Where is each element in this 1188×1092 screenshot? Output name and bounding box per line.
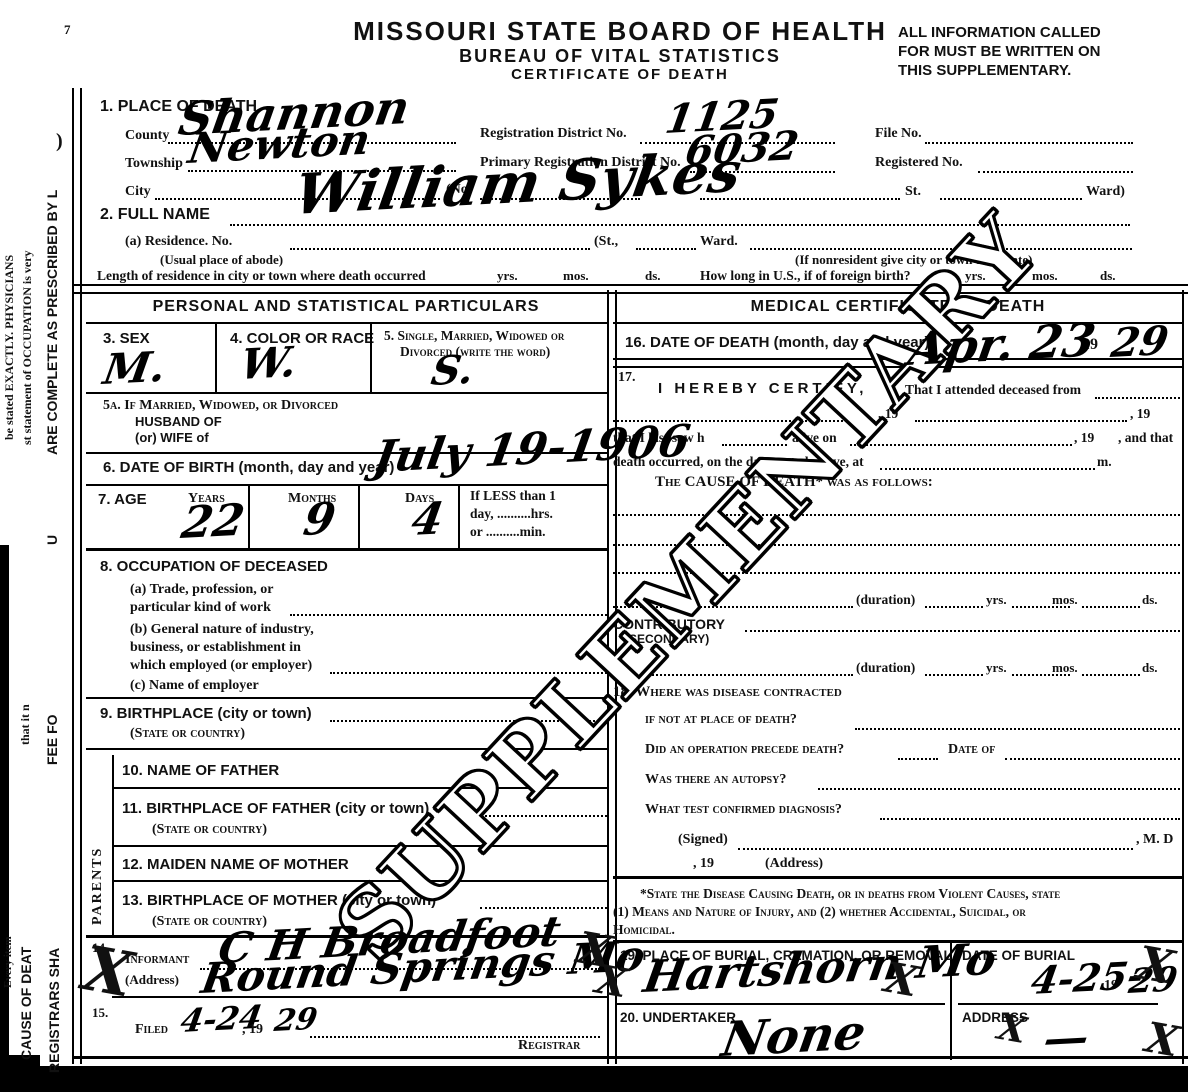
rule [613, 358, 1182, 368]
certify-and-that-label: , and that [1118, 430, 1173, 446]
dotted-leader [290, 246, 590, 250]
dotted-leader [613, 672, 853, 676]
registered-no-label: Registered No. [875, 155, 963, 171]
rule [72, 1056, 1188, 1059]
dotted-leader [330, 670, 607, 674]
rule [112, 845, 607, 847]
date-of-death-year-handwritten: 29 [1108, 317, 1172, 367]
cell-divider [458, 484, 460, 548]
rule [112, 787, 607, 789]
signed-year-label: , 19 [693, 856, 714, 872]
date-of-birth-label: 6. DATE OF BIRTH (month, day and year) [103, 459, 394, 476]
rule [112, 996, 607, 998]
rule [86, 322, 607, 324]
registrar-label: Registrar [518, 1038, 580, 1054]
dotted-leader [925, 672, 983, 676]
rule [958, 1003, 1158, 1005]
duration-ds-label: ds. [1142, 660, 1158, 676]
dotted-leader [745, 628, 1180, 632]
color-race-value-handwritten: W. [237, 337, 301, 389]
registration-district-label: Registration District No. [480, 126, 627, 142]
md-label: , M. D [1136, 832, 1173, 848]
city-label: City [125, 184, 151, 200]
date-of-label: Date of [948, 742, 995, 758]
marital-status-label: 5. Single, Married, Widowed or [384, 328, 564, 344]
notice-text: FOR MUST BE WRITTEN ON [898, 43, 1101, 60]
dotted-leader [940, 196, 1082, 200]
township-label: Township [125, 156, 183, 172]
dotted-leader [850, 442, 1072, 446]
marital-status-value-handwritten: S. [428, 346, 477, 395]
certify-heading: I HEREBY CERTIFY, [658, 380, 867, 397]
margin-note: REGISTRARS SHA [46, 858, 62, 1073]
birthplace-label: 9. BIRTHPLACE (city or town) [100, 705, 312, 722]
notice-text: THIS SUPPLEMENTARY. [898, 62, 1071, 79]
if-not-at-place-label: if not at place of death? [645, 712, 797, 728]
margin-note: ARE COMPLETE AS PRESCRIBED BY L [44, 75, 60, 455]
if-married-label: 5a. If Married, Widowed, or Divorced [103, 398, 338, 414]
dotted-leader [613, 512, 1180, 516]
signed-label: (Signed) [678, 832, 728, 848]
dotted-leader [1082, 672, 1140, 676]
dotted-leader [636, 246, 696, 250]
operation-precede-label: Did an operation precede death? [645, 742, 844, 758]
test-confirmed-label: What test confirmed diagnosis? [645, 802, 842, 818]
dotted-leader [613, 570, 1180, 574]
rule [86, 484, 607, 486]
if-less-note-min: or ..........min. [470, 524, 546, 540]
dotted-leader [613, 604, 853, 608]
place-of-burial-value-handwritten: Hartshorn Mo [640, 934, 1000, 1003]
occupation-industry-label: (b) General nature of industry, [130, 622, 314, 638]
dotted-leader [978, 169, 1133, 173]
dotted-leader [290, 612, 607, 616]
margin-note: be stated EXACTLY. PHYSICIANS [2, 90, 17, 440]
certify-m-label: m. [1097, 454, 1112, 470]
dotted-leader [880, 816, 1180, 820]
how-long-us-label: How long in U.S., if of foreign birth? [700, 268, 911, 284]
certify-year-label: , 19 [1074, 430, 1094, 446]
birthplace-state-label: (State or country) [130, 726, 245, 742]
personal-section-heading: PERSONAL AND STATISTICAL PARTICULARS [86, 298, 606, 316]
length-of-residence-label: Length of residence in city or town wher… [97, 268, 426, 284]
ds-label: ds. [1100, 268, 1116, 284]
form-right-border [1182, 290, 1184, 1064]
yrs-label: yrs. [965, 268, 986, 284]
dotted-leader [470, 813, 607, 817]
if-less-note-hrs: day, ..........hrs. [470, 506, 553, 522]
occupation-employer-label: (c) Name of employer [130, 678, 259, 694]
contributory-label: CONTRIBUTORY [613, 616, 725, 632]
certify-year-label: , 19 [878, 406, 898, 422]
full-name-label: 2. FULL NAME [100, 206, 210, 224]
margin-note: U [44, 505, 60, 545]
certify-attended-label: That I attended deceased from [905, 382, 1081, 398]
dotted-leader [613, 542, 1180, 546]
cell-divider [215, 322, 217, 392]
date-of-death-label: 16. DATE OF DEATH (month, day and year) [625, 334, 929, 351]
residence-street-label: (St., [594, 234, 618, 250]
rule [72, 284, 1188, 294]
county-label: County [125, 128, 169, 144]
ward-label: Ward) [1086, 184, 1125, 200]
document-subtitle-certificate: CERTIFICATE OF DEATH [350, 66, 890, 83]
street-label: St. [905, 184, 921, 200]
death-certificate-document: 7 ) be stated EXACTLY. PHYSICIANS st sta… [0, 0, 1188, 1092]
x-mark: X [592, 956, 631, 1008]
residence-ward-label: Ward. [700, 234, 738, 250]
x-mark: X [995, 1006, 1030, 1052]
cause-of-death-label: The CAUSE OF DEATH* was as follows: [655, 474, 933, 491]
rule [112, 880, 607, 882]
abode-note: (Usual place of abode) [160, 252, 283, 268]
dotted-leader [925, 140, 1133, 144]
occupation-trade-label: (a) Trade, profession, or [130, 582, 274, 598]
dotted-leader [1095, 395, 1180, 399]
date-of-birth-value-handwritten: July 19-1906 [370, 416, 694, 483]
disease-contracted-label: 18. Where was disease contracted [613, 684, 842, 701]
dotted-leader [738, 846, 1133, 850]
rule [613, 876, 1182, 879]
x-mark: X [78, 931, 138, 1011]
file-no-label: File No. [875, 126, 922, 142]
signed-address-label: (Address) [765, 856, 823, 872]
rule [86, 748, 607, 750]
dotted-leader [925, 604, 983, 608]
margin-note: that it n [18, 655, 33, 745]
scan-edge-left [0, 545, 9, 1092]
cell-divider [248, 484, 250, 548]
item-17-number: 17. [618, 370, 636, 386]
age-years-value-handwritten: 22 [178, 495, 248, 549]
mother-birthplace-label: 13. BIRTHPLACE OF MOTHER (city or town) [122, 892, 436, 909]
form-left-border [72, 88, 82, 1064]
mos-label: mos. [563, 268, 589, 284]
rule [86, 548, 607, 551]
duration-label: (duration) [856, 660, 915, 676]
undertaker-value-handwritten: None [718, 1005, 870, 1068]
undertaker-label: 20. UNDERTAKER [620, 1010, 736, 1025]
yrs-label: yrs. [497, 268, 518, 284]
dotted-leader [818, 786, 1180, 790]
x-mark: X [881, 953, 922, 1007]
parents-vertical-label: PARENTS [90, 775, 106, 925]
filed-label: Filed [135, 1022, 168, 1038]
rule [86, 392, 607, 394]
duration-yrs-label: yrs. [986, 592, 1007, 608]
father-name-label: 10. NAME OF FATHER [122, 762, 279, 779]
margin-note: FEE FO [44, 655, 60, 765]
duration-yrs-label: yrs. [986, 660, 1007, 676]
autopsy-label: Was there an autopsy? [645, 772, 786, 788]
notice-text: ALL INFORMATION CALLED [898, 24, 1101, 41]
footnote-line1: *State the Disease Causing Death, or in … [640, 886, 1060, 902]
margin-note: st statement of OCCUPATION is very [20, 85, 35, 445]
margin-note: CAUSE OF DEAT [18, 860, 34, 1060]
mos-label: mos. [1032, 268, 1058, 284]
father-birthplace-state-label: (State or country) [152, 822, 267, 838]
margin-note: Every item [2, 858, 14, 988]
stray-mark: 7 [64, 22, 71, 38]
certify-year-label: , 19 [1130, 406, 1150, 422]
occupation-industry-label2: business, or establishment in [130, 640, 301, 656]
document-title: MISSOURI STATE BOARD OF HEALTH [350, 16, 890, 47]
certify-alive-on-label: alive on [792, 430, 837, 446]
mother-name-label: 12. MAIDEN NAME OF MOTHER [122, 856, 349, 873]
age-label: 7. AGE [98, 491, 147, 508]
informant-address-label: (Address) [125, 972, 179, 988]
cell-divider [358, 484, 360, 548]
ds-label: ds. [645, 268, 661, 284]
duration-ds-label: ds. [1142, 592, 1158, 608]
residence-label: (a) Residence. No. [125, 234, 232, 250]
dotted-leader [855, 726, 1180, 730]
cell-divider [370, 322, 372, 392]
dotted-leader [750, 246, 1132, 250]
dotted-leader [1082, 604, 1140, 608]
dotted-leader [722, 442, 787, 446]
father-birthplace-label: 11. BIRTHPLACE OF FATHER (city or town) [122, 800, 429, 817]
secondary-label: (SECONDARY) [625, 632, 709, 646]
date-of-death-value-handwritten: Apr. 23 [905, 312, 1099, 376]
nonresident-note: (If nonresident give city or town and St… [795, 252, 1033, 268]
if-less-note: If LESS than 1 [470, 488, 556, 504]
dotted-leader [915, 418, 1127, 422]
occupation-industry-label3: which employed (or employer) [130, 658, 312, 674]
filed-year-printed: , 19 [242, 1022, 263, 1038]
scan-edge-bottom [28, 1066, 1188, 1092]
duration-mos-label: mos. [1052, 592, 1078, 608]
occupation-label: 8. OCCUPATION OF DECEASED [100, 558, 328, 575]
duration-mos-label: mos. [1052, 660, 1078, 676]
sex-value-handwritten: M. [100, 342, 170, 394]
dotted-leader [330, 718, 607, 722]
footnote-line2: (1) Means and Nature of Injury, and (2) … [613, 904, 1026, 920]
dotted-leader [898, 756, 938, 760]
wife-of-label: (or) WIFE of [135, 430, 209, 445]
document-subtitle-bureau: BUREAU OF VITAL STATISTICS [350, 46, 890, 67]
undertaker-address-value-handwritten: — [1040, 1012, 1093, 1065]
duration-label: (duration) [856, 592, 915, 608]
dotted-leader [1005, 756, 1180, 760]
rule [86, 697, 607, 699]
dotted-leader [880, 466, 1095, 470]
husband-of-label: HUSBAND OF [135, 414, 222, 429]
occupation-trade-label2: particular kind of work [130, 600, 271, 616]
